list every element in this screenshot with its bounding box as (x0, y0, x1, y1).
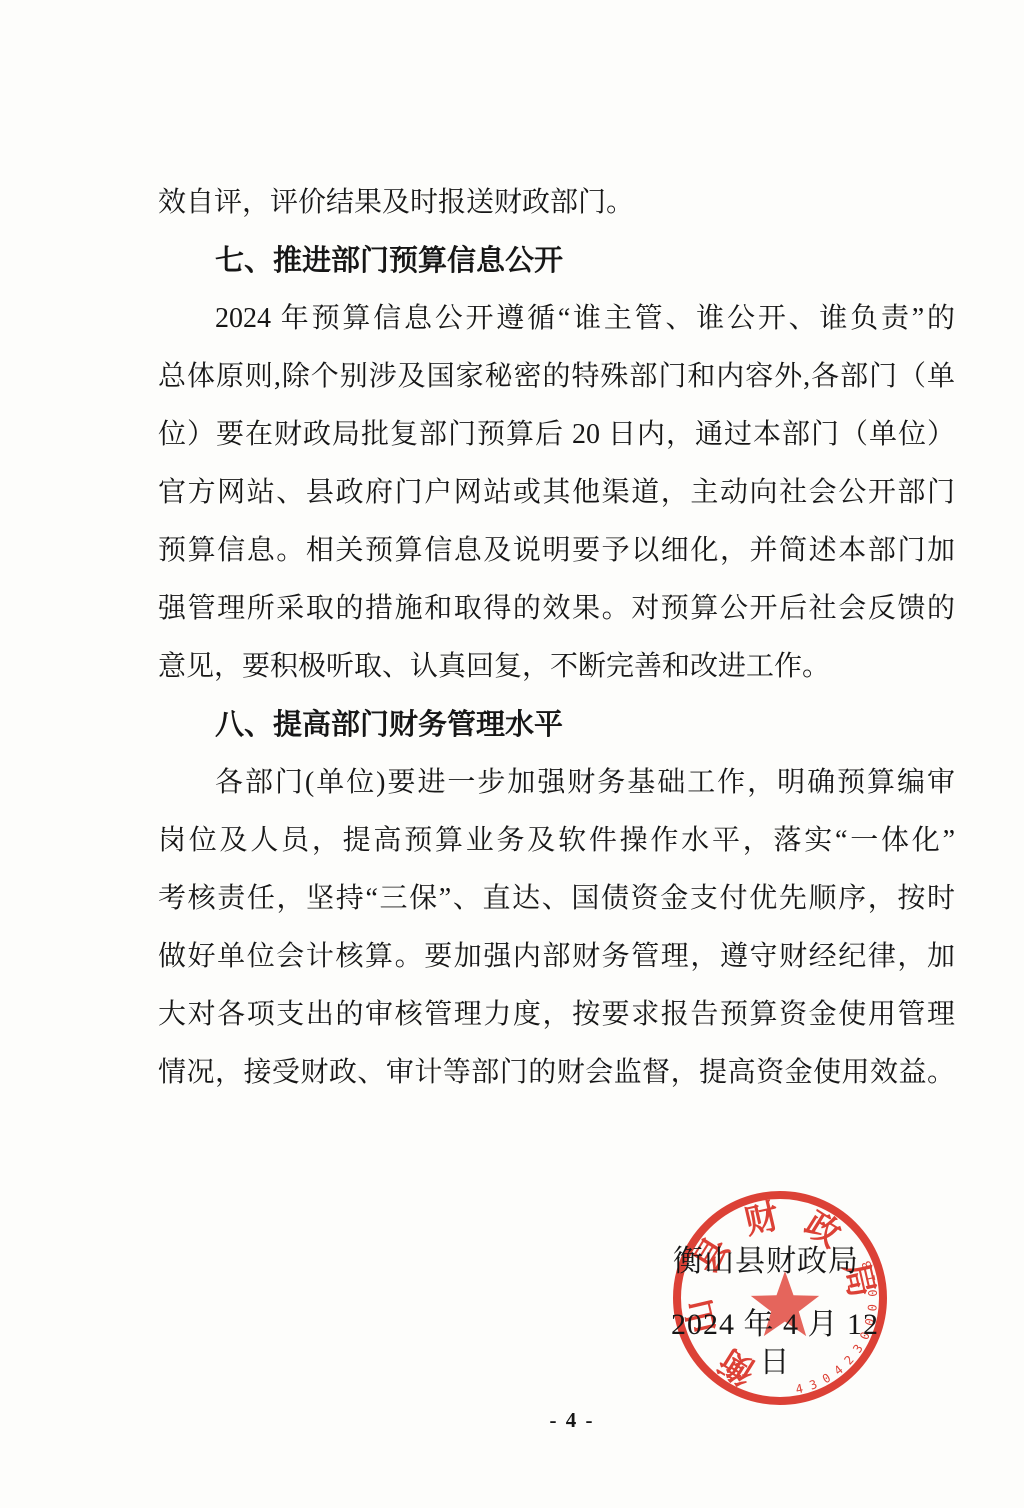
agency-name: 衡山县财政局 (646, 1243, 886, 1281)
text-line: 强管理所采取的措施和取得的效果。对预算公开后社会反馈的 (158, 580, 955, 638)
text-line: 各部门(单位)要进一步加强财务基础工作，明确预算编审 (158, 754, 955, 812)
text-line: 总体原则,除个别涉及国家秘密的特殊部门和内容外,各部门（单 (158, 348, 955, 406)
text-line: 做好单位会计核算。要加强内部财务管理，遵守财经纪律，加 (158, 928, 955, 986)
text-line: 大对各项支出的审核管理力度，按要求报告预算资金使用管理 (158, 986, 955, 1044)
text-line: 情况，接受财政、审计等部门的财会监督，提高资金使用效益。 (158, 1044, 955, 1102)
issue-date: 2024 年 4 月 12 日 (653, 1306, 897, 1382)
page-number: - 4 - (512, 1408, 632, 1433)
text-line: 官方网站、县政府门户网站或其他渠道，主动向社会公开部门 (158, 464, 955, 522)
document-body: 效自评，评价结果及时报送财政部门。 七、推进部门预算信息公开 2024 年预算信… (158, 174, 955, 1102)
text-line: 2024 年预算信息公开遵循“谁主管、谁公开、谁负责”的 (158, 290, 955, 348)
seal-serial-digit: 0 (866, 1289, 880, 1297)
section-heading-7: 七、推进部门预算信息公开 (158, 232, 955, 290)
seal-serial-digit: 4 (794, 1381, 804, 1396)
text-line: 位）要在财政局批复部门预算后 20 日内，通过本部门（单位） (158, 406, 955, 464)
text-line: 预算信息。相关预算信息及说明要予以细化，并简述本部门加 (158, 522, 955, 580)
text-line: 考核责任，坚持“三保”、直达、国债资金支付优先顺序，按时 (158, 870, 955, 928)
document-page: 效自评，评价结果及时报送财政部门。 七、推进部门预算信息公开 2024 年预算信… (0, 0, 1024, 1508)
section-heading-8: 八、提高部门财务管理水平 (158, 696, 955, 754)
seal-arc-char: 财 (741, 1197, 783, 1242)
text-line: 效自评，评价结果及时报送财政部门。 (158, 174, 955, 232)
text-line: 岗位及人员，提高预算业务及软件操作水平，落实“一体化” (158, 812, 955, 870)
text-line: 意见，要积极听取、认真回复，不断完善和改进工作。 (158, 638, 955, 696)
